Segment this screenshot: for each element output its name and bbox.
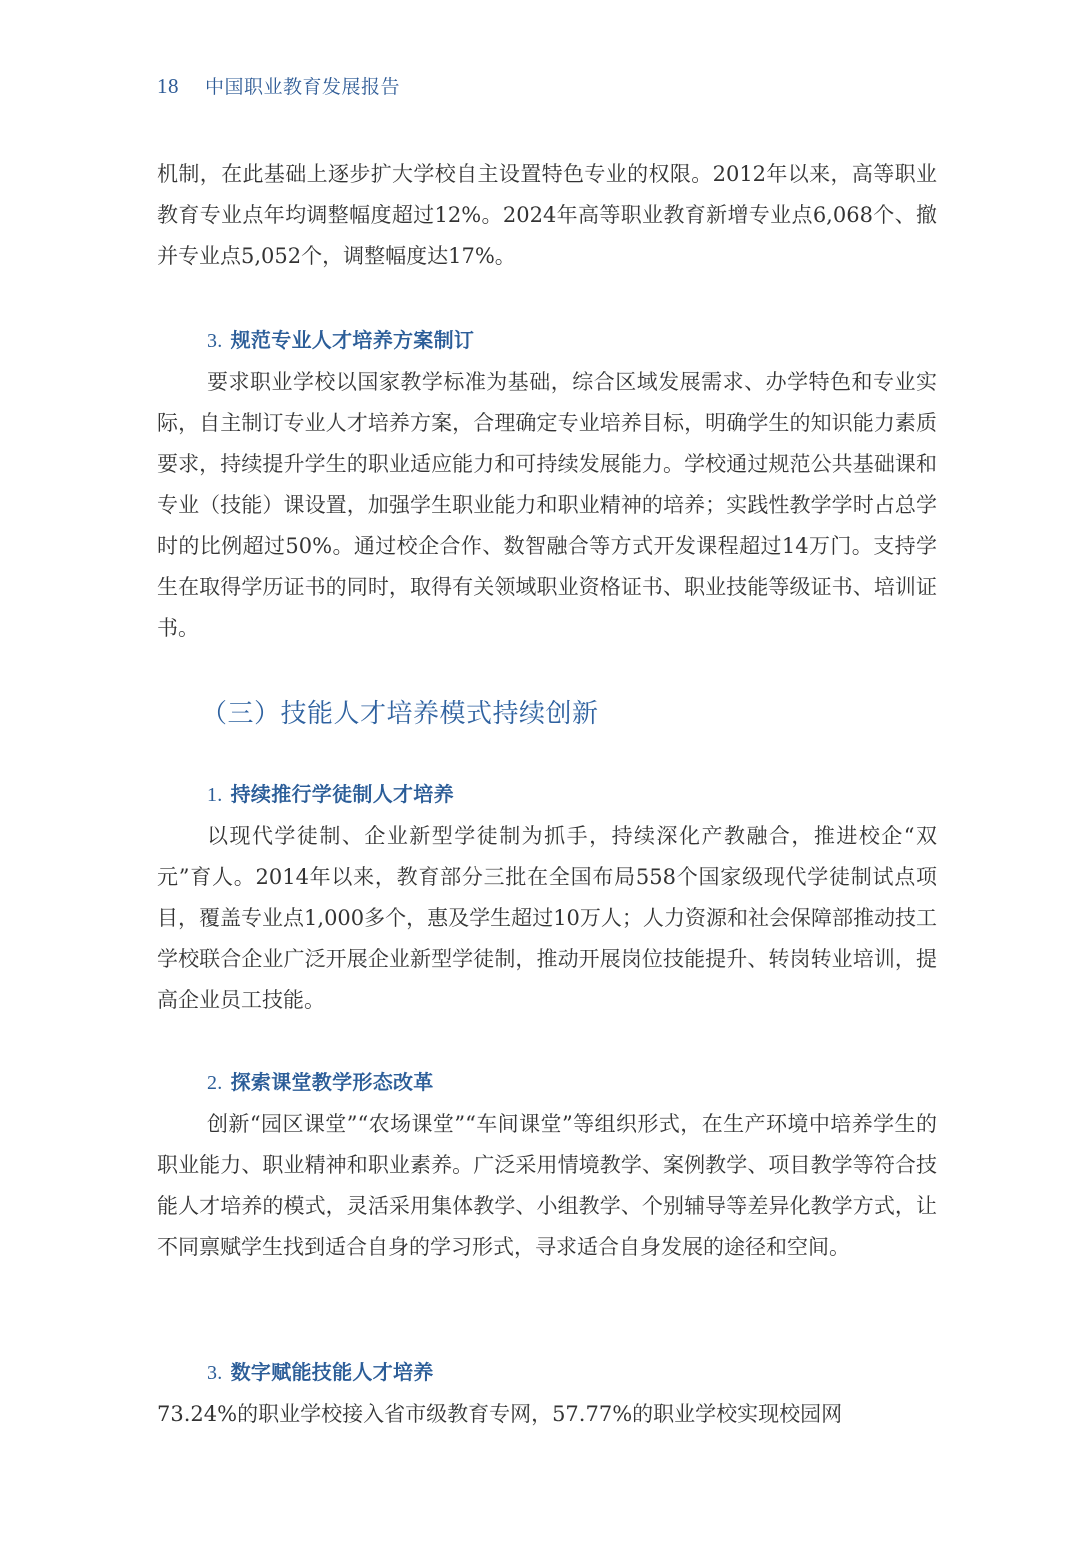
subsection-heading: 2.探索课堂教学形态改革 (157, 1062, 937, 1104)
subsection-3-standardize-plans: 3.规范专业人才培养方案制订 要求职业学校以国家教学标准为基础，综合区域发展需求… (157, 320, 937, 649)
subsection-number: 1. (207, 784, 223, 806)
subsection-body: 以现代学徒制、企业新型学徒制为抓手，持续深化产教融合，推进校企“双元”育人。20… (157, 816, 937, 1021)
subsection-heading: 3.数字赋能技能人才培养 (157, 1352, 937, 1394)
running-header: 18 中国职业教育发展报告 (157, 72, 400, 99)
subsection-1-apprenticeship: 1.持续推行学徒制人才培养 以现代学徒制、企业新型学徒制为抓手，持续深化产教融合… (157, 774, 937, 1021)
subsection-body: 创新“园区课堂”“农场课堂”“车间课堂”等组织形式，在生产环境中培养学生的职业能… (157, 1104, 937, 1268)
document-page: 18 中国职业教育发展报告 机制，在此基础上逐步扩大学校自主设置特色专业的权限。… (0, 0, 1080, 1561)
subsection-title: 数字赋能技能人才培养 (231, 1360, 434, 1384)
subsection-3-digital-empowerment: 3.数字赋能技能人才培养 73.24%的职业学校接入省市级教育专网，57.77%… (157, 1352, 937, 1435)
subsection-number: 3. (207, 1362, 223, 1384)
subsection-title: 持续推行学徒制人才培养 (231, 782, 454, 806)
book-title: 中国职业教育发展报告 (205, 72, 400, 99)
intro-block: 机制，在此基础上逐步扩大学校自主设置特色专业的权限。2012年以来，高等职业教育… (157, 154, 937, 277)
subsection-heading: 1.持续推行学徒制人才培养 (157, 774, 937, 816)
subsection-title: 规范专业人才培养方案制订 (231, 328, 475, 352)
subsection-number: 2. (207, 1072, 223, 1094)
page-number: 18 (157, 74, 179, 99)
intro-paragraph: 机制，在此基础上逐步扩大学校自主设置特色专业的权限。2012年以来，高等职业教育… (157, 154, 937, 277)
subsection-body: 要求职业学校以国家教学标准为基础，综合区域发展需求、办学特色和专业实际，自主制订… (157, 362, 937, 649)
subsection-body: 73.24%的职业学校接入省市级教育专网，57.77%的职业学校实现校园网 (157, 1394, 937, 1435)
subsection-title: 探索课堂教学形态改革 (231, 1070, 434, 1094)
section-3-heading-block: （三）技能人才培养模式持续创新 (157, 694, 937, 734)
subsection-number: 3. (207, 330, 223, 352)
subsection-heading: 3.规范专业人才培养方案制订 (157, 320, 937, 362)
subsection-2-classroom-reform: 2.探索课堂教学形态改革 创新“园区课堂”“农场课堂”“车间课堂”等组织形式，在… (157, 1062, 937, 1268)
section-heading: （三）技能人才培养模式持续创新 (157, 694, 937, 734)
